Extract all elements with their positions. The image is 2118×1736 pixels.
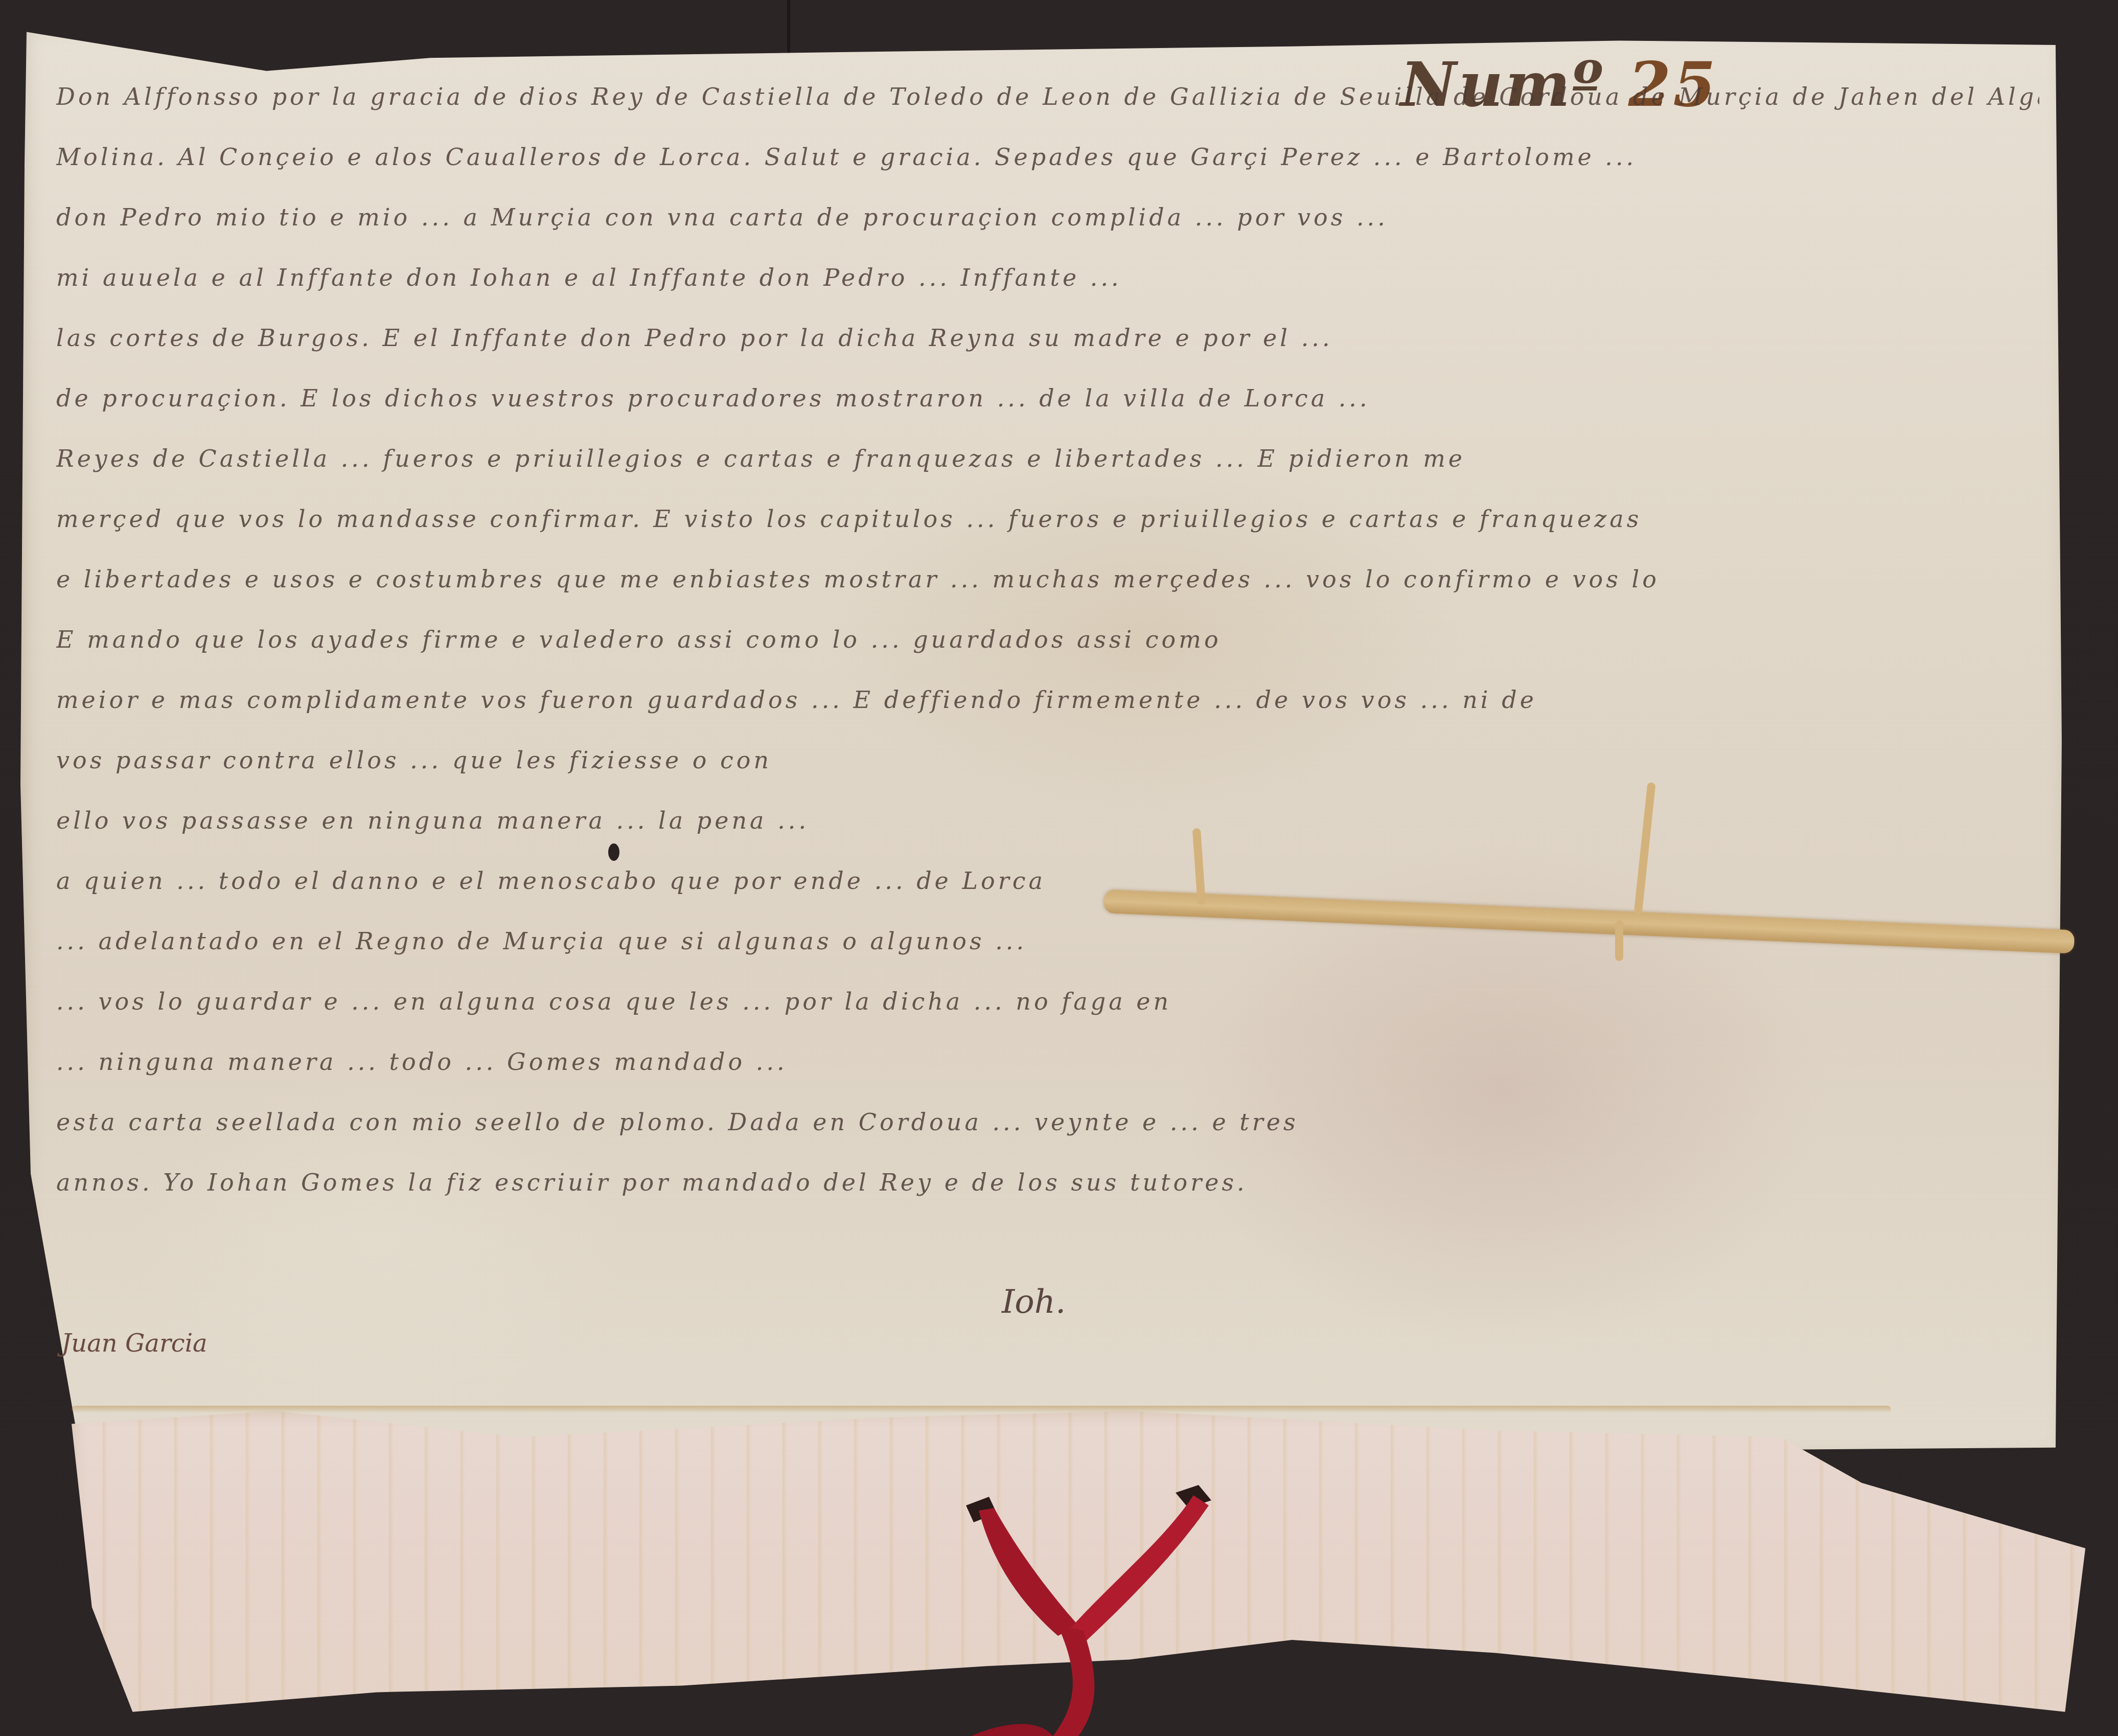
text-line: don Pedro mio tio e mio ... a Murçia con… xyxy=(56,187,2039,247)
text-line: ... ninguna manera ... todo ... Gomes ma… xyxy=(56,1032,2039,1092)
text-line: esta carta seellada con mio seello de pl… xyxy=(56,1092,2039,1152)
plica-fold-edge xyxy=(72,1406,1891,1413)
tear-branch xyxy=(1615,920,1623,961)
text-line: Don Alffonsso por la gracia de dios Rey … xyxy=(56,66,2039,127)
text-line: vos passar contra ellos ... que les fizi… xyxy=(56,730,2039,790)
margin-annotation: Juan Garcia xyxy=(61,1329,208,1358)
text-line: las cortes de Burgos. E el Inffante don … xyxy=(56,308,2039,368)
charter-text: Don Alffonsso por la gracia de dios Rey … xyxy=(56,66,2039,1213)
text-line: mi auuela e al Inffante don Iohan e al I… xyxy=(56,247,2039,308)
text-line: ello vos passasse en ninguna manera ... … xyxy=(56,790,2039,851)
document-viewer: Numº 25 Don Alffonsso por la gracia de d… xyxy=(0,0,2118,1736)
text-line: meior e mas complidamente vos fueron gua… xyxy=(56,670,2039,730)
text-line: a quien ... todo el danno e el menoscabo… xyxy=(56,851,2039,911)
text-line: merçed que vos lo mandasse confirmar. E … xyxy=(56,489,2039,549)
text-line: E mando que los ayades firme e valedero … xyxy=(56,609,2039,670)
text-line: de procuraçion. E los dichos vuestros pr… xyxy=(56,368,2039,428)
text-line: Reyes de Castiella ... fueros e priuille… xyxy=(56,428,2039,489)
scribe-signature: Ioh. xyxy=(1002,1283,1066,1321)
text-line: ... vos lo guardar e ... en alguna cosa … xyxy=(56,971,2039,1032)
text-line: e libertades e usos e costumbres que me … xyxy=(56,549,2039,609)
text-line: annos. Yo Iohan Gomes la fiz escriuir po… xyxy=(56,1152,2039,1213)
plica-fold xyxy=(72,1411,2106,1736)
mounting-board-seam xyxy=(787,0,790,56)
parchment-hole xyxy=(608,843,619,861)
text-line: Molina. Al Conçeio e alos Caualleros de … xyxy=(56,127,2039,187)
